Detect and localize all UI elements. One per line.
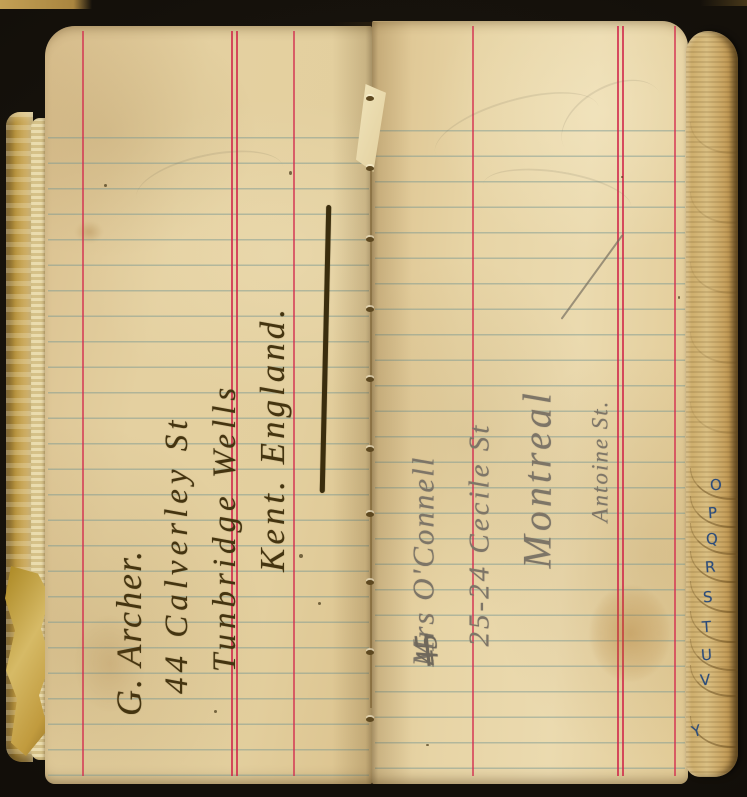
binding-seam: [370, 88, 372, 708]
cover-edge-sliver-top-left: [0, 0, 92, 9]
ink-speck: [214, 710, 217, 713]
binding-stitch: [366, 580, 374, 585]
ink-speck: [426, 744, 429, 746]
binding-stitch: [366, 512, 374, 517]
binding-stitch: [366, 717, 374, 722]
cover-edge-sliver-top-right: [700, 0, 747, 6]
red-margin-line: [674, 26, 676, 776]
ink-speck: [104, 184, 107, 187]
tab-letter-q: Q: [705, 530, 718, 549]
entry-line: Antoine St.: [572, 241, 629, 523]
ink-speck: [299, 554, 303, 558]
ink-speck: [621, 176, 623, 178]
tab-letter-v: V: [699, 671, 710, 690]
binding-stitch: [366, 447, 374, 452]
binding-stitch: [366, 237, 374, 242]
tab-letter-u: U: [700, 646, 712, 665]
ink-speck: [289, 171, 292, 175]
left-page: G. Archer. 44 Calverley St Tunbridge Wel…: [45, 26, 372, 784]
binding-stitch: [366, 96, 374, 101]
entry-line: Kent. England.: [249, 180, 297, 572]
tab-letter-t: T: [701, 618, 711, 637]
ink-speck: [318, 602, 321, 605]
entry-line: Montreal: [509, 241, 566, 569]
paper-stain: [75, 616, 145, 711]
tab-letter-s: S: [702, 588, 713, 607]
paper-stain: [590, 586, 670, 681]
binding-stitch: [366, 650, 374, 655]
binding-stitch: [366, 307, 374, 312]
tab-letter-r: R: [704, 558, 716, 577]
binding-stitch: [366, 166, 374, 171]
tab-letter-o: O: [709, 476, 722, 495]
notebook-photo: G. Archer. 44 Calverley St Tunbridge Wel…: [0, 0, 747, 797]
paper-stain: [75, 221, 103, 243]
binding-stitch: [366, 377, 374, 382]
ink-speck: [678, 296, 680, 299]
entry-line: 25-24 Cecile St: [452, 241, 509, 647]
entry-line: Tunbridge Wells: [201, 180, 249, 672]
entry-line: 44 Calverley St: [153, 180, 201, 694]
tab-letter-p: P: [707, 504, 717, 523]
right-page: Mrs O'Connell 25-24 Cecile St Montreal A…: [372, 21, 688, 784]
